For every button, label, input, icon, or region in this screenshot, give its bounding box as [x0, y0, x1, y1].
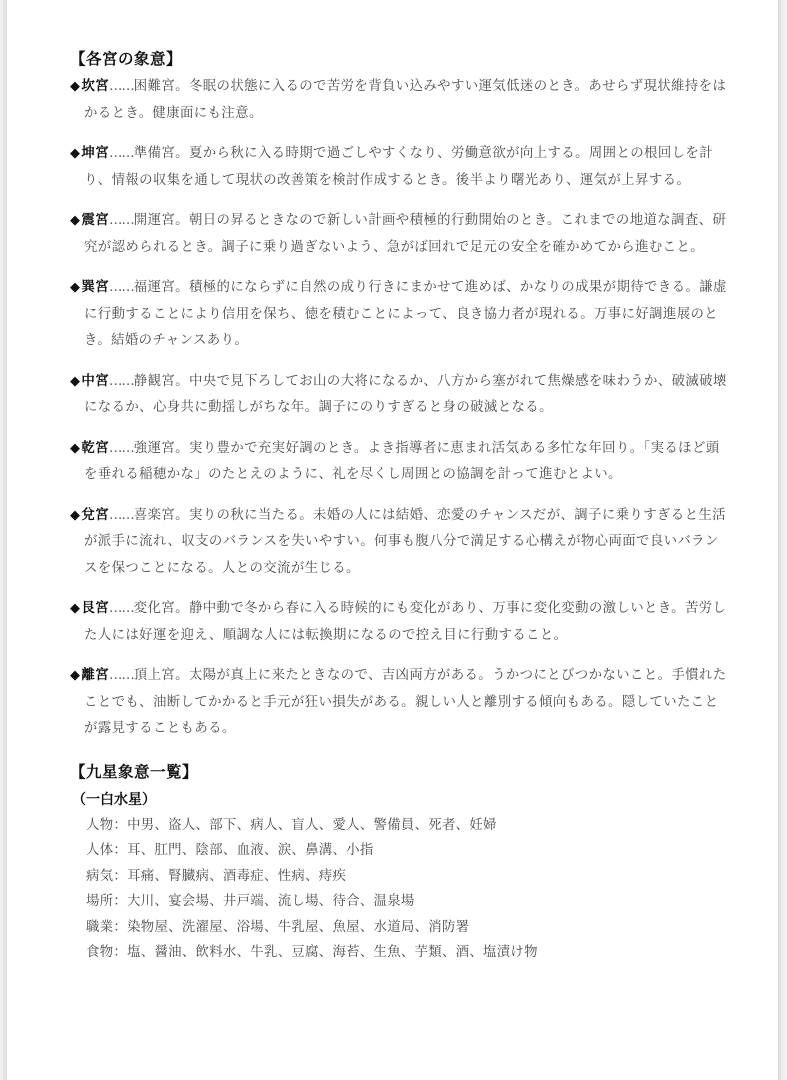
diamond-bullet-icon: ◆ — [70, 146, 80, 161]
palace-name: 巽宮 — [81, 280, 109, 295]
label-separator: ： — [113, 869, 127, 884]
palace-name: 艮宮 — [81, 601, 109, 616]
palace-name: 坎宮 — [81, 79, 109, 94]
attribute-label: 職業 — [86, 920, 113, 935]
label-separator: ： — [113, 818, 127, 833]
leader-dots: …… — [109, 601, 134, 616]
attribute-label: 食物 — [86, 945, 113, 960]
leader-dots: …… — [109, 79, 134, 94]
label-separator: ： — [113, 920, 127, 935]
leader-dots: …… — [109, 508, 134, 523]
attribute-label: 病気 — [86, 869, 113, 884]
page-left-margin — [0, 0, 7, 1080]
attribute-row: 食物：塩、醤油、飲料水、牛乳、豆腐、海苔、生魚、芋類、酒、塩漬け物 — [86, 940, 730, 966]
leader-dots: …… — [109, 213, 134, 228]
palace-description: 静観宮。中央で見下ろしてお山の大将になるか、八方から塞がれて焦燥感を味わうか、破… — [84, 374, 727, 416]
nine-star-section: 【九星象意一覧】 （一白水星） 人物：中男、盗人、部下、病人、盲人、愛人、警備員… — [70, 757, 730, 966]
palace-description: 困難宮。冬眠の状態に入るので苦労を背負い込みやすい運気低迷のとき。あせらず現状維… — [84, 79, 726, 121]
diamond-bullet-icon: ◆ — [70, 601, 80, 616]
label-separator: ： — [113, 945, 127, 960]
document-content: 【各宮の象意】 ◆坎宮……困難宮。冬眠の状態に入るので苦労を背負い込みやすい運気… — [70, 44, 730, 966]
attribute-label: 人体 — [86, 843, 113, 858]
palace-entry: ◆兌宮……喜楽宮。実りの秋に当たる。未婚の人には結婚、恋愛のチャンスだが、調子に… — [70, 503, 730, 583]
diamond-bullet-icon: ◆ — [70, 508, 80, 523]
diamond-bullet-icon: ◆ — [70, 668, 80, 683]
attribute-value: 中男、盗人、部下、病人、盲人、愛人、警備員、死者、妊婦 — [127, 818, 497, 833]
attribute-label: 人物 — [86, 818, 113, 833]
palace-description: 強運宮。実り豊かで充実好調のとき。よき指導者に恵まれ活気ある多忙な年回り。「実る… — [84, 441, 720, 483]
attribute-label: 場所 — [86, 894, 113, 909]
palace-name: 震宮 — [81, 213, 109, 228]
palace-name: 中宮 — [81, 374, 109, 389]
diamond-bullet-icon: ◆ — [70, 374, 80, 389]
attribute-value: 大川、宴会場、井戸端、流し場、待合、温泉場 — [127, 894, 415, 909]
palace-entry: ◆離宮……頂上宮。太陽が真上に来たときなので、吉凶両方がある。うかつにとびつかな… — [70, 663, 730, 743]
palace-name: 兌宮 — [81, 508, 109, 523]
diamond-bullet-icon: ◆ — [70, 79, 80, 94]
palace-entry: ◆乾宮……強運宮。実り豊かで充実好調のとき。よき指導者に恵まれ活気ある多忙な年回… — [70, 436, 730, 489]
palace-description: 福運宮。積極的にならずに自然の成り行きにまかせて進めば、かなりの成果が期待できる… — [84, 280, 727, 348]
attribute-value: 耳、肛門、陰部、血液、涙、鼻溝、小指 — [127, 843, 373, 858]
attribute-row: 場所：大川、宴会場、井戸端、流し場、待合、温泉場 — [86, 889, 730, 915]
palace-entry: ◆巽宮……福運宮。積極的にならずに自然の成り行きにまかせて進めば、かなりの成果が… — [70, 275, 730, 355]
diamond-bullet-icon: ◆ — [70, 213, 80, 228]
attribute-value: 塩、醤油、飲料水、牛乳、豆腐、海苔、生魚、芋類、酒、塩漬け物 — [127, 945, 538, 960]
palace-entry: ◆坎宮……困難宮。冬眠の状態に入るので苦労を背負い込みやすい運気低迷のとき。あせ… — [70, 74, 730, 127]
palace-description: 頂上宮。太陽が真上に来たときなので、吉凶両方がある。うかつにとびつかないこと。手… — [84, 668, 727, 736]
diamond-bullet-icon: ◆ — [70, 280, 80, 295]
palace-name: 乾宮 — [81, 441, 109, 456]
palace-name: 坤宮 — [81, 146, 109, 161]
palace-entry: ◆坤宮……準備宮。夏から秋に入る時期で過ごしやすくなり、労働意欲が向上する。周囲… — [70, 141, 730, 194]
palace-entry: ◆震宮……開運宮。朝日の昇るときなので新しい計画や積極的行動開始のとき。これまで… — [70, 208, 730, 261]
label-separator: ： — [113, 894, 127, 909]
star-subtitle: （一白水星） — [72, 787, 730, 813]
palace-entry: ◆中宮……静観宮。中央で見下ろしてお山の大将になるか、八方から塞がれて焦燥感を味… — [70, 369, 730, 422]
attribute-value: 耳痛、腎臓病、酒毒症、性病、痔疾 — [127, 869, 346, 884]
palace-entry: ◆艮宮……変化宮。静中動で冬から春に入る時候的にも変化があり、万事に変化変動の激… — [70, 596, 730, 649]
attribute-row: 人体：耳、肛門、陰部、血液、涙、鼻溝、小指 — [86, 838, 730, 864]
palace-description: 喜楽宮。実りの秋に当たる。未婚の人には結婚、恋愛のチャンスだが、調子に乗りすぎる… — [84, 508, 726, 576]
leader-dots: …… — [109, 374, 134, 389]
palace-name: 離宮 — [81, 668, 109, 683]
diamond-bullet-icon: ◆ — [70, 441, 80, 456]
attribute-row: 人物：中男、盗人、部下、病人、盲人、愛人、警備員、死者、妊婦 — [86, 813, 730, 839]
palace-entries: ◆坎宮……困難宮。冬眠の状態に入るので苦労を背負い込みやすい運気低迷のとき。あせ… — [70, 74, 730, 743]
leader-dots: …… — [109, 280, 134, 295]
attribute-row: 職業：染物屋、洗濯屋、浴場、牛乳屋、魚屋、水道局、消防署 — [86, 915, 730, 941]
palace-description: 準備宮。夏から秋に入る時期で過ごしやすくなり、労働意欲が向上する。周囲との根回し… — [84, 146, 713, 188]
leader-dots: …… — [109, 146, 134, 161]
label-separator: ： — [113, 843, 127, 858]
leader-dots: …… — [109, 668, 134, 683]
leader-dots: …… — [109, 441, 134, 456]
section-title-palaces: 【各宮の象意】 — [70, 44, 730, 74]
page-right-edge — [778, 0, 787, 1080]
palace-description: 開運宮。朝日の昇るときなので新しい計画や積極的行動開始のとき。これまでの地道な調… — [84, 213, 726, 255]
attribute-row: 病気：耳痛、腎臓病、酒毒症、性病、痔疾 — [86, 864, 730, 890]
section-title-nine-star: 【九星象意一覧】 — [70, 757, 730, 787]
palace-description: 変化宮。静中動で冬から春に入る時候的にも変化があり、万事に変化変動の激しいとき。… — [84, 601, 726, 643]
attribute-value: 染物屋、洗濯屋、浴場、牛乳屋、魚屋、水道局、消防署 — [127, 920, 469, 935]
